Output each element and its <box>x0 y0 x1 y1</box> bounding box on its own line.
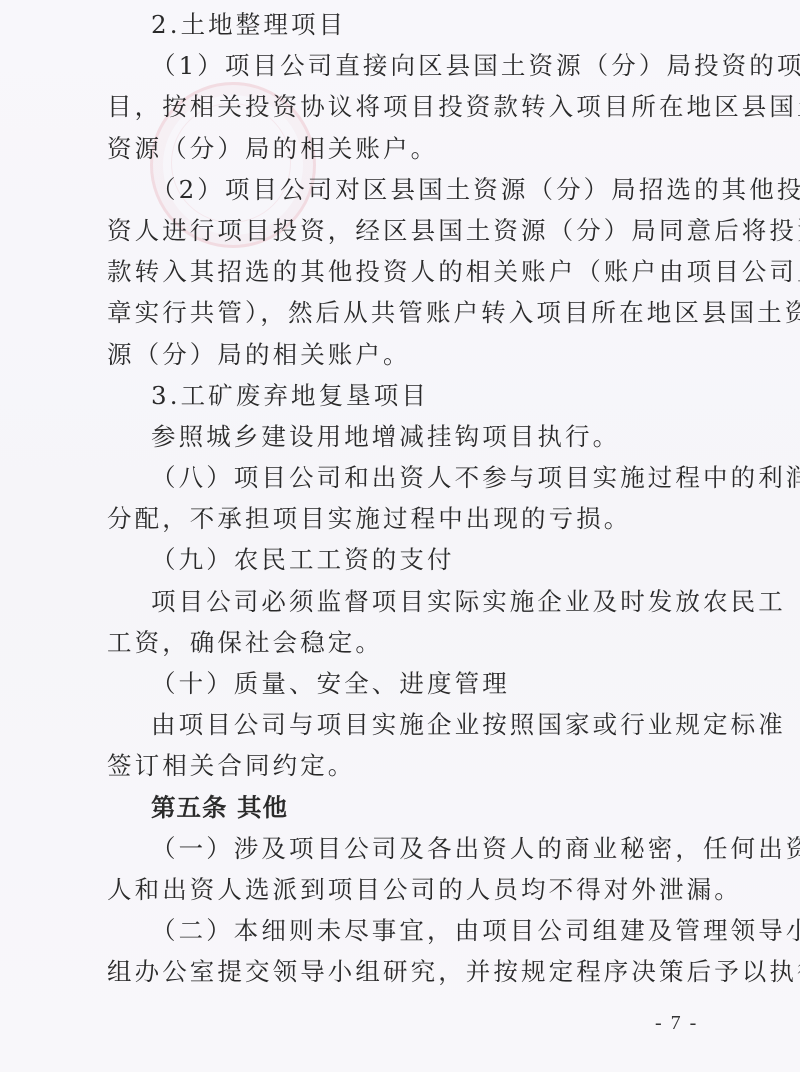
document-page: 2.土地整理项目 （1）项目公司直接向区县国土资源（分）局投资的项 目，按相关投… <box>0 0 800 1072</box>
paragraph-line: 资源（分）局的相关账户。 <box>107 128 707 169</box>
document-body: 2.土地整理项目 （1）项目公司直接向区县国土资源（分）局投资的项 目，按相关投… <box>107 4 707 993</box>
paragraph-line: 资人进行项目投资，经区县国土资源（分）局同意后将投资 <box>107 210 707 251</box>
paragraph-line: （1）项目公司直接向区县国土资源（分）局投资的项 <box>107 45 707 86</box>
paragraph-line: 签订相关合同约定。 <box>107 745 707 786</box>
paragraph-line: 组办公室提交领导小组研究，并按规定程序决策后予以执行。 <box>107 951 707 992</box>
paragraph-line: 人和出资人选派到项目公司的人员均不得对外泄漏。 <box>107 869 707 910</box>
paragraph-line: （二）本细则未尽事宜，由项目公司组建及管理领导小 <box>107 910 707 951</box>
section-heading-land-consolidation: 2.土地整理项目 <box>107 4 707 45</box>
section-heading-mining-reclamation: 3.工矿废弃地复垦项目 <box>107 375 707 416</box>
subsection-heading-quality: （十）质量、安全、进度管理 <box>107 663 707 704</box>
paragraph-line: 参照城乡建设用地增减挂钩项目执行。 <box>107 416 707 457</box>
subsection-heading-wages: （九）农民工工资的支付 <box>107 539 707 580</box>
paragraph-line: （2）项目公司对区县国土资源（分）局招选的其他投 <box>107 169 707 210</box>
page-number: - 7 - <box>655 1012 698 1035</box>
article-heading-article-five: 第五条 其他 <box>107 787 707 828</box>
paragraph-line: 目，按相关投资协议将项目投资款转入项目所在地区县国土 <box>107 86 707 127</box>
paragraph-line: 项目公司必须监督项目实际实施企业及时发放农民工 <box>107 581 707 622</box>
paragraph-line: （八）项目公司和出资人不参与项目实施过程中的利润 <box>107 457 707 498</box>
paragraph-line: 章实行共管），然后从共管账户转入项目所在地区县国土资 <box>107 292 707 333</box>
paragraph-line: 工资，确保社会稳定。 <box>107 622 707 663</box>
paragraph-line: 款转入其招选的其他投资人的相关账户（账户由项目公司监 <box>107 251 707 292</box>
paragraph-line: 源（分）局的相关账户。 <box>107 334 707 375</box>
paragraph-line: （一）涉及项目公司及各出资人的商业秘密，任何出资 <box>107 828 707 869</box>
paragraph-line: 由项目公司与项目实施企业按照国家或行业规定标准 <box>107 704 707 745</box>
paragraph-line: 分配，不承担项目实施过程中出现的亏损。 <box>107 498 707 539</box>
